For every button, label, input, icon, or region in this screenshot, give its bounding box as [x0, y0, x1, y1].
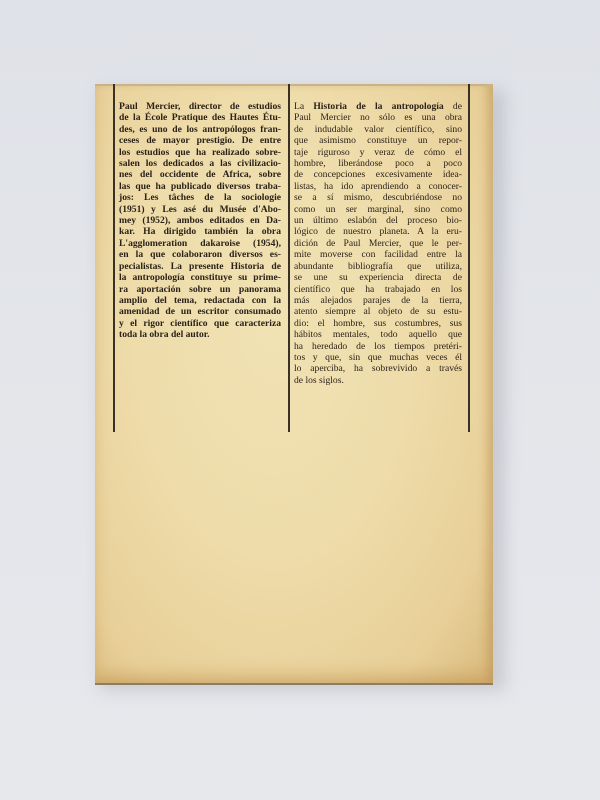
bio-text-line: jos: Les tâches de la sociologie: [119, 192, 281, 203]
description-text-line: de concepciones excesivamente idea-: [294, 169, 462, 180]
description-text-line: dición de Paul Mercier, que le per-: [294, 238, 462, 249]
bio-text-line: y el rigor científico que caracteriza: [119, 318, 281, 329]
bio-text-line: de la École Pratique des Hautes Étu-: [119, 112, 281, 123]
bio-text-line: L'agglomeration dakaroise (1954),: [119, 238, 281, 249]
description-text-line: dio: el hombre, sus costumbres, sus: [294, 318, 462, 329]
description-text-line: que asimismo constituye un repor-: [294, 135, 462, 146]
description-text-line: mite moverse con facilidad entre la: [294, 249, 462, 260]
book-back-cover: Paul Mercier, director de estudiosde la …: [95, 84, 493, 685]
description-text-line: científico que ha trabajado en los: [294, 284, 462, 295]
description-text-line: un último eslabón del proceso bio-: [294, 215, 462, 226]
description-text-line: Paul Mercier no sólo es una obra: [294, 112, 462, 123]
center-rule-line: [288, 84, 290, 432]
bio-text-line: Paul Mercier, director de estudios: [119, 101, 281, 112]
bio-text-line: los estudios que ha realizado sobre-: [119, 147, 281, 158]
book-description-column: La Historia de la antropología de Paul M…: [294, 101, 462, 386]
description-text-line: hábitos mentales, todo aquello que: [294, 329, 462, 340]
description-text-line: listas, ha ido aprendiendo a conocer-: [294, 181, 462, 192]
book-title: Historia de la antropología: [313, 101, 443, 112]
bio-text-line: ceses de mayor prestigio. De entre: [119, 135, 281, 146]
bio-text-line: salen los dedicados a las civilizacio-: [119, 158, 281, 169]
bio-text-line: des, es uno de los antropólogos fran-: [119, 124, 281, 135]
description-text-line: hombre, liberándose poco a poco: [294, 158, 462, 169]
bio-text-line: las que ha publicado diversos traba-: [119, 181, 281, 192]
description-text-line: de indudable valor científico, sino: [294, 124, 462, 135]
description-text-line: lógico de nuestro planeta. A la eru-: [294, 226, 462, 237]
description-text-line: de los siglos.: [294, 375, 462, 386]
left-rule-line: [113, 84, 115, 432]
bio-text-line: en la que colaboraron diversos es-: [119, 249, 281, 260]
description-text-line: se a sí mismo, descubriéndose no: [294, 192, 462, 203]
bio-text-line: toda la obra del autor.: [119, 329, 281, 340]
description-text-line: lo aperciba, ha sobrevivido a través: [294, 363, 462, 374]
bio-text-line: ra aportación sobre un panorama: [119, 284, 281, 295]
description-title-line: La Historia de la antropología de: [294, 101, 462, 112]
right-rule-line: [468, 84, 470, 432]
description-text-line: tos y que, sin que muchas veces él: [294, 352, 462, 363]
bio-text-line: amplio del tema, redactada con la: [119, 295, 281, 306]
description-text-line: como un ser marginal, sino como: [294, 204, 462, 215]
description-text-line: más alejados parajes de la tierra,: [294, 295, 462, 306]
description-text-line: se une su experiencia directa de: [294, 272, 462, 283]
bio-text-line: la antropología constituye su prime-: [119, 272, 281, 283]
description-text-line: abundante bibliografía que utiliza,: [294, 261, 462, 272]
description-text-line: atento siempre al objeto de su estu-: [294, 306, 462, 317]
bio-text-line: mey (1952), ambos editados en Da-: [119, 215, 281, 226]
description-text-line: ha heredado de los tiempos pretéri-: [294, 341, 462, 352]
bio-text-line: nes del occidente de Africa, sobre: [119, 169, 281, 180]
bio-text-line: kar. Ha dirigido también la obra: [119, 226, 281, 237]
description-text-line: taje riguroso y veraz de cómo el: [294, 147, 462, 158]
bio-text-line: amenidad de un escritor consumado: [119, 306, 281, 317]
bio-text-line: (1951) y Les asé du Musée d'Abo-: [119, 204, 281, 215]
author-bio-column: Paul Mercier, director de estudiosde la …: [119, 101, 281, 341]
bio-text-line: pecialistas. La presente Historia de: [119, 261, 281, 272]
